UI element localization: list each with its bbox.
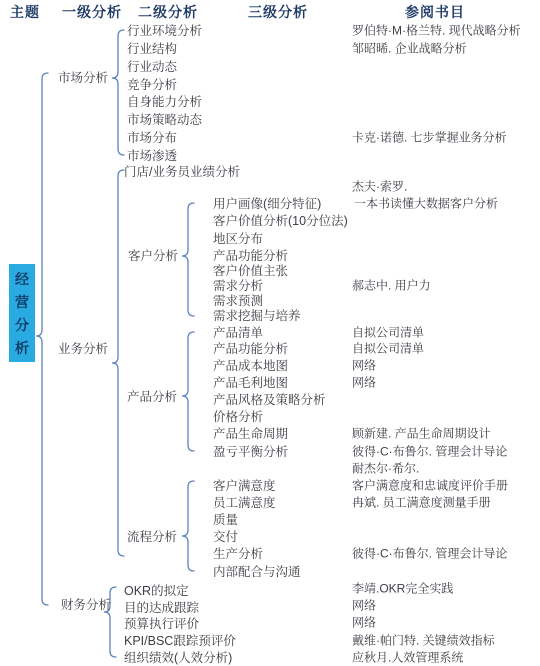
node-process: 流程分析 xyxy=(127,527,177,545)
tree-item: 自身能力分析 xyxy=(127,92,202,110)
node-finance: 财务分析 xyxy=(61,595,111,613)
book-reference: 一本书读懂大数据客户分析 xyxy=(354,195,498,212)
tree-item: 竞争分析 xyxy=(127,75,177,93)
book-reference: 耐杰尔·希尔. xyxy=(352,460,419,477)
tree-item: 需求挖掘与培养 xyxy=(213,306,301,324)
tree-item: 市场分布 xyxy=(127,128,177,146)
tree-item: 内部配合与沟通 xyxy=(213,562,301,580)
tree-item: 产品风格及策略分析 xyxy=(213,390,326,408)
tree-item: 地区分布 xyxy=(213,229,263,247)
tree-item: 客户价值分析(10分位法) xyxy=(213,211,348,229)
node-market: 市场分析 xyxy=(58,68,108,86)
theme-node: 经 营 分 析 xyxy=(9,264,35,362)
book-reference: 戴维·帕门特. 关键绩效指标 xyxy=(352,632,495,649)
theme-char: 析 xyxy=(15,341,29,355)
brace-customer xyxy=(182,203,194,316)
brace-theme xyxy=(36,73,48,605)
tree-item: 客户满意度 xyxy=(213,476,276,494)
theme-char: 分 xyxy=(15,318,29,332)
node-customer: 客户分析 xyxy=(128,246,178,264)
book-reference: 网络 xyxy=(352,597,376,614)
org-tree-diagram: 主题 一级分析 二级分析 三级分析 参阅书目 经 营 分 析 市场分析 业务分析… xyxy=(0,0,540,666)
book-reference: 卡克·诺德. 七步掌握业务分析 xyxy=(352,129,507,146)
brace-product xyxy=(182,332,194,451)
tree-item: 产品成本地图 xyxy=(213,356,288,374)
book-reference: 客户满意度和忠诚度评价手册 xyxy=(352,477,508,494)
tree-item: OKR的拟定 xyxy=(124,581,189,599)
book-reference: 郝志中. 用户力 xyxy=(352,277,431,294)
tree-item: 行业结构 xyxy=(127,39,177,57)
book-reference: 网络 xyxy=(352,357,376,374)
tree-item: 行业环境分析 xyxy=(127,21,202,39)
tree-item: KPI/BSC跟踪预评价 xyxy=(124,631,236,649)
book-reference: 杰夫·索罗. xyxy=(352,178,407,195)
book-reference: 自拟公司清单 xyxy=(352,340,424,357)
tree-item: 产品毛利地图 xyxy=(213,373,288,391)
tree-item: 盈亏平衡分析 xyxy=(213,442,288,460)
tree-item: 行业动态 xyxy=(127,57,177,75)
header-level3: 三级分析 xyxy=(248,2,308,22)
header-level2: 二级分析 xyxy=(138,2,198,22)
tree-item: 门店/业务员业绩分析 xyxy=(124,162,240,180)
theme-char: 经 xyxy=(15,272,29,286)
book-reference: 应秋月.人效管理系统 xyxy=(352,649,463,666)
header-theme: 主题 xyxy=(10,2,40,22)
book-reference: 顾新建. 产品生命周期设计 xyxy=(352,425,491,442)
brace-business xyxy=(112,170,124,556)
book-reference: 网络 xyxy=(352,614,376,631)
book-reference: 罗伯特·M·格兰特. 现代战略分析 xyxy=(352,22,521,39)
tree-item: 生产分析 xyxy=(213,544,263,562)
tree-item: 产品生命周期 xyxy=(213,424,288,442)
header-level1: 一级分析 xyxy=(62,2,122,22)
book-reference: 彼得·C·布鲁尔. 管理会计导论 xyxy=(352,545,507,562)
theme-char: 营 xyxy=(15,295,29,309)
tree-item: 市场策略动态 xyxy=(127,110,202,128)
tree-item: 产品功能分析 xyxy=(213,339,288,357)
tree-item: 交付 xyxy=(213,527,238,545)
tree-item: 员工满意度 xyxy=(213,493,276,511)
book-reference: 自拟公司清单 xyxy=(352,324,424,341)
header-books: 参阅书目 xyxy=(405,2,465,22)
node-business: 业务分析 xyxy=(58,339,108,357)
brace-process xyxy=(182,481,194,571)
tree-item: 预算执行评价 xyxy=(124,614,199,632)
tree-item: 用户画像(细分特征) xyxy=(213,194,321,212)
brace-market xyxy=(112,30,124,155)
tree-item: 组织绩效(人效分析) xyxy=(124,648,232,666)
book-reference: 邹昭晞. 企业战略分析 xyxy=(352,40,467,57)
book-reference: 彼得·C·布鲁尔. 管理会计导论 xyxy=(352,443,507,460)
tree-item: 价格分析 xyxy=(213,407,263,425)
tree-item: 质量 xyxy=(213,510,238,528)
node-product: 产品分析 xyxy=(127,387,177,405)
book-reference: 网络 xyxy=(352,374,376,391)
book-reference: 李靖.OKR完全实践 xyxy=(352,580,453,597)
book-reference: 冉斌. 员工满意度测量手册 xyxy=(352,494,491,511)
